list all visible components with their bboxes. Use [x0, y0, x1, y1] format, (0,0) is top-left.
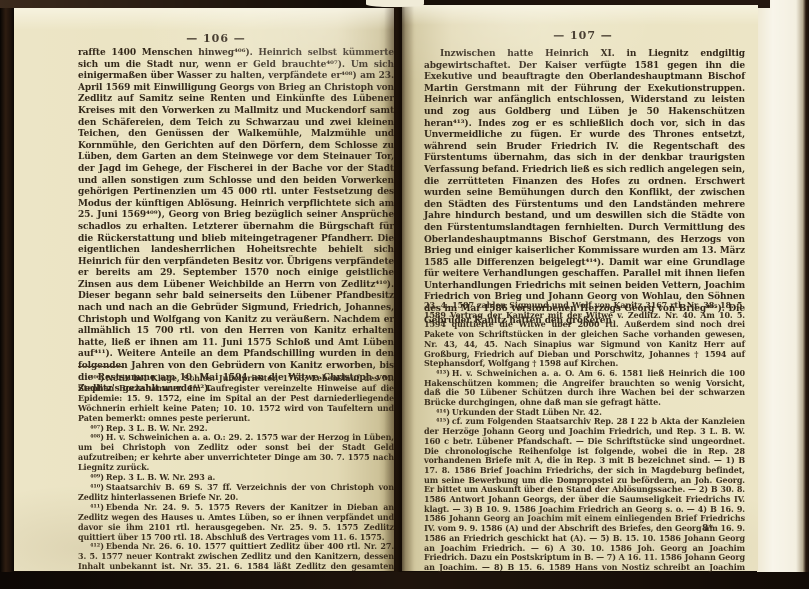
footnote-marker: ⁴¹³): [436, 368, 452, 378]
footnote: ⁴¹³)H. v. Schweinichen a. a. O. Am 6. 6.…: [424, 369, 745, 408]
footnote-marker: ⁴⁰⁷): [90, 423, 106, 433]
footnote-text: H. v. Schweinichen a. a. O. Am 6. 6. 158…: [424, 368, 745, 407]
footnote-marker: ⁴¹⁰): [90, 482, 106, 492]
signature-mark: 8*: [702, 524, 713, 534]
footnote: ⁴⁰⁶)Notiz bei Kluge, Schles. Jubelpriest…: [78, 374, 394, 424]
scan-frame-bottom: [0, 572, 809, 589]
footnote: ⁴¹⁰)Staatsarchiv B. 69 S. 37 ff. Verzeic…: [78, 483, 394, 503]
footnote-text: cf. zum Folgenden Staatsarchiv Rep. 28 I…: [424, 416, 745, 581]
right-page: — 107 — Inzwischen hatte Heinrich XI. in…: [402, 5, 758, 571]
footnote-marker: ⁴¹²): [90, 541, 106, 551]
left-page-number: — 106 —: [58, 32, 374, 45]
left-page-footnotes: ⁴⁰⁶)Notiz bei Kluge, Schles. Jubelpriest…: [78, 374, 394, 582]
footnote-marker: ⁴⁰⁸): [90, 432, 106, 442]
footnote-marker: ⁴⁰⁶): [90, 373, 106, 383]
footnote-marker: ⁴⁰⁹): [90, 472, 106, 482]
footnote-text: Rep. 3 L. B. W. Nr. 292.: [106, 423, 208, 433]
right-page-number: — 107 —: [422, 29, 744, 42]
footnote-text: H. v. Schweinichen a. a. O.: 29. 2. 1575…: [78, 432, 394, 472]
footnote: ⁴¹¹)Ebenda Nr. 24. 9. 5. 1575 Revers der…: [78, 503, 394, 543]
footnote: ⁴⁰⁸)H. v. Schweinichen a. a. O.: 29. 2. …: [78, 433, 394, 473]
footnote-text: Notiz bei Kluge, Schles. Jubelpriester, …: [78, 373, 394, 423]
page-edge-stack: [757, 0, 809, 589]
footnote: ⁴¹⁵)cf. zum Folgenden Staatsarchiv Rep. …: [424, 417, 745, 582]
spine-paper-sliver: [366, 0, 424, 7]
right-page-footnotes: 23. 4. 1587 zahlen Sigmund und Wolf von …: [424, 301, 745, 582]
footnote-marker: ⁴¹¹): [90, 502, 106, 512]
book-scan: — 106 — raffte 1400 Menschen hinweg⁴⁰⁶).…: [0, 0, 809, 589]
left-page-body-text: raffte 1400 Menschen hinweg⁴⁰⁶). Heinric…: [78, 48, 394, 396]
footnote-separator-rule: [78, 366, 124, 367]
footnote-marker: ⁴¹⁴): [436, 407, 452, 417]
left-page: — 106 — raffte 1400 Menschen hinweg⁴⁰⁶).…: [14, 8, 394, 571]
footnote-continuation: 23. 4. 1587 zahlen Sigmund und Wolf von …: [424, 301, 745, 369]
right-page-body-text: Inzwischen hatte Heinrich XI. in Liegnit…: [424, 49, 745, 327]
footnote-text: Urkunden der Stadt Lüben Nr. 42.: [452, 407, 602, 417]
footnote-text: Ebenda Nr. 24. 9. 5. 1575 Revers der Kan…: [78, 502, 394, 542]
footnote-text: 23. 4. 1587 zahlen Sigmund und Wolf von …: [424, 300, 745, 368]
footnote-text: Staatsarchiv B. 69 S. 37 ff. Verzeichnis…: [78, 482, 394, 502]
footnote-marker: ⁴¹⁵): [436, 416, 452, 426]
footnote-text: Rep. 3 L. B. W. Nr. 293 a.: [106, 472, 215, 482]
scan-frame-left: [0, 0, 14, 589]
